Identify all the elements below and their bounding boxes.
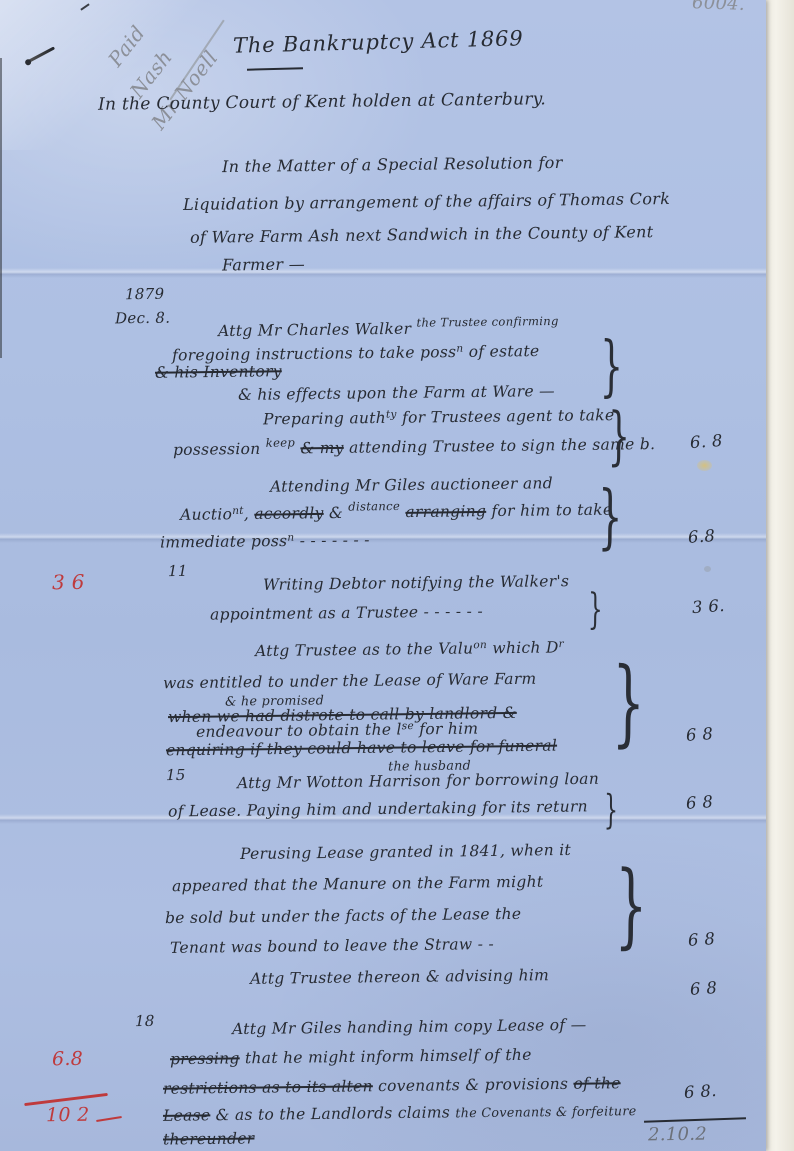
crease-line — [0, 533, 766, 543]
entry-amount: 6 8 — [689, 978, 717, 999]
entry-line: & his Inventory — [155, 362, 282, 382]
entry-line: Attg Trustee thereon & advising him — [250, 966, 549, 988]
paper-stain — [704, 566, 711, 572]
entry-brace: } — [598, 478, 623, 555]
entry-brace: } — [615, 855, 648, 956]
red-check-figure: 3 6 — [52, 570, 85, 594]
entry-text-seg: foregoing instructions to take poss — [172, 343, 457, 364]
entry-text-seg: se — [402, 720, 414, 732]
entry-text-seg: possession — [173, 440, 266, 459]
entry-line: foregoing instructions to take possn of … — [172, 342, 540, 365]
entry-text-seg: of the — [573, 1074, 620, 1093]
entry-text-seg: immediate poss — [160, 532, 288, 552]
entry-line: be sold but under the facts of the Lease… — [165, 905, 522, 927]
entry-text-seg: for him — [414, 720, 479, 739]
entry-text-seg: r — [559, 638, 564, 650]
entry-text-seg: - - - - - - - — [294, 531, 370, 550]
entry-text-seg: covenants & provisions — [373, 1075, 574, 1095]
entry-line: Attending Mr Giles auctioneer and — [270, 474, 553, 495]
crease-line — [0, 268, 766, 278]
entry-line: appeared that the Manure on the Farm mig… — [172, 873, 544, 896]
page-title: The Bankruptcy Act 1869 — [233, 26, 524, 58]
entry-text-seg: the Covenants & forfeiture — [455, 1103, 636, 1120]
red-shillings-figure: 6.8 — [52, 1048, 83, 1070]
matter-line: Liquidation by arrangement of the affair… — [183, 189, 670, 214]
entry-text-seg: be sold but under the facts of the Lease… — [165, 905, 522, 927]
scan-edge-artifact — [0, 58, 2, 358]
entry-text-seg: that he might inform himself of the — [240, 1046, 532, 1068]
entry-text-seg: was entitled to under the Lease of Ware … — [163, 670, 537, 693]
entry-line: Writing Debtor notifying the Walker's — [263, 572, 569, 594]
entry-text-seg: Attg Trustee as to the Valu — [255, 639, 474, 660]
entry-text-seg: Attg Trustee thereon & advising him — [250, 966, 549, 988]
entry-date: Dec. 8. — [115, 309, 170, 328]
entry-amount: 6 8. — [683, 1081, 717, 1102]
entry-text-seg: Preparing auth — [263, 409, 386, 429]
entry-date: 11 — [168, 562, 188, 580]
corner-number-pencil: 6004. — [692, 0, 746, 15]
entry-text-seg: distance — [348, 499, 400, 514]
entry-line: appointment as a Trustee - - - - - - — [210, 602, 483, 623]
entry-text-seg: , — [244, 505, 255, 523]
paper-stain — [697, 460, 712, 471]
entry-brace: } — [604, 788, 618, 832]
entry-line: pressing that he might inform himself of… — [170, 1046, 532, 1068]
red-total-figure: 10 2 — [46, 1104, 90, 1127]
entry-text-seg: accordly — [254, 504, 324, 523]
entry-text-seg: Attg Mr Giles handing him copy Lease of … — [232, 1016, 587, 1038]
entry-date: 18 — [135, 1012, 155, 1030]
entry-line: Attg Mr Wotton Harrison for borrowing lo… — [237, 770, 599, 792]
entry-text-seg: Attending Mr Giles auctioneer and — [270, 474, 553, 495]
entry-brace: } — [588, 586, 603, 632]
red-dash — [96, 1116, 122, 1122]
entry-line: Perusing Lease granted in 1841, when it — [240, 841, 571, 863]
entry-text-seg: Attg Mr Charles Walker — [218, 320, 417, 340]
entry-line: possession keep & my attending Trustee t… — [173, 435, 655, 459]
entry-line: restrictions as to its alten covenants &… — [163, 1074, 621, 1098]
entry-line: Attg Mr Charles Walker the Trustee confi… — [218, 318, 559, 340]
entry-brace: } — [608, 402, 631, 471]
entry-text-seg: Lease — [163, 1106, 211, 1125]
entry-text-seg: nt — [232, 505, 244, 517]
entry-text-seg: thereunder — [163, 1129, 255, 1148]
entry-line: Tenant was bound to leave the Straw - - — [170, 935, 494, 957]
entry-line: Attg Trustee as to the Valuon which Dr — [255, 638, 564, 660]
entry-text-seg: which D — [487, 638, 559, 657]
entry-line: enquiring if they could have to leave fo… — [166, 737, 557, 760]
entry-text-seg: of estate — [463, 342, 539, 361]
matter-line: Farmer — — [222, 254, 305, 274]
entry-text-seg: the Trustee confirming — [416, 314, 558, 330]
entry-text-seg: Tenant was bound to leave the Straw - - — [170, 935, 494, 957]
scanner-backing-strip — [764, 0, 794, 1151]
entry-line: Attg Mr Giles handing him copy Lease of … — [232, 1016, 587, 1038]
page-total: 2.10.2 — [648, 1124, 707, 1146]
total-underline — [644, 1117, 746, 1123]
court-line: In the County Court of Kent holden at Ca… — [98, 89, 546, 114]
entry-amount: 6 8 — [685, 724, 713, 745]
scan-background: Paid Nash Mr Noell 6004. The Bankruptcy … — [0, 0, 794, 1151]
entry-brace: } — [612, 652, 646, 755]
entry-text-seg: enquiring if they could have to leave fo… — [166, 737, 557, 760]
entry-text-seg: & as to the Landlords claims — [210, 1103, 455, 1124]
entry-text-seg: appointment as a Trustee - - - - - - — [210, 602, 483, 623]
entry-text-seg: restrictions as to its alten — [163, 1077, 373, 1098]
entry-amount: 6.8 — [687, 526, 715, 547]
blue-paper-sheet: Paid Nash Mr Noell 6004. The Bankruptcy … — [0, 0, 766, 1151]
entry-line: Lease & as to the Landlords claims the C… — [163, 1101, 637, 1125]
entry-amount: 6. 8 — [689, 431, 723, 452]
scanned-document-page: { "document": { "corner_number": "6004."… — [0, 0, 794, 1151]
entry-line: immediate possn - - - - - - - — [160, 531, 370, 552]
entry-line: & his effects upon the Farm at Ware — — [238, 382, 555, 404]
entry-text-seg: Perusing Lease granted in 1841, when it — [240, 841, 571, 863]
entry-line: Auctiont, accordly & distance arranging … — [180, 500, 613, 524]
entry-line: Preparing authty for Trustees agent to t… — [263, 406, 615, 429]
entry-text-seg: pressing — [170, 1049, 240, 1068]
title-underline — [247, 67, 303, 70]
entry-text-seg: & his effects upon the Farm at Ware — — [238, 382, 555, 404]
entry-text-seg: & my — [300, 439, 344, 458]
entry-line: thereunder — [163, 1129, 255, 1148]
entry-text-seg: for Trustees agent to take — [397, 406, 615, 427]
entry-amount: 6 8 — [687, 929, 715, 950]
entry-date: 15 — [166, 766, 186, 784]
entry-text-seg: Auctio — [180, 505, 232, 524]
entry-text-seg: Writing Debtor notifying the Walker's — [263, 572, 569, 594]
entry-text-seg: on — [473, 639, 487, 651]
entry-text-seg: for him to take — [486, 501, 612, 521]
entry-brace: } — [600, 330, 624, 403]
entry-text-seg: Attg Mr Wotton Harrison for borrowing lo… — [237, 770, 599, 792]
entry-text-seg: keep — [266, 435, 296, 449]
year-label: 1879 — [125, 285, 165, 303]
entry-amount: 6 8 — [685, 792, 713, 813]
entry-text-seg: ty — [386, 409, 397, 421]
entry-text-seg: arranging — [405, 502, 486, 521]
matter-line: of Ware Farm Ash next Sandwich in the Co… — [190, 222, 654, 247]
matter-line: In the Matter of a Special Resolution fo… — [222, 153, 563, 176]
entry-text-seg: & — [324, 504, 349, 522]
entry-text-seg: appeared that the Manure on the Farm mig… — [172, 873, 544, 896]
entry-amount: 3 6. — [691, 596, 725, 617]
entry-text-seg: & his Inventory — [155, 362, 282, 382]
entry-line: was entitled to under the Lease of Ware … — [163, 670, 537, 693]
